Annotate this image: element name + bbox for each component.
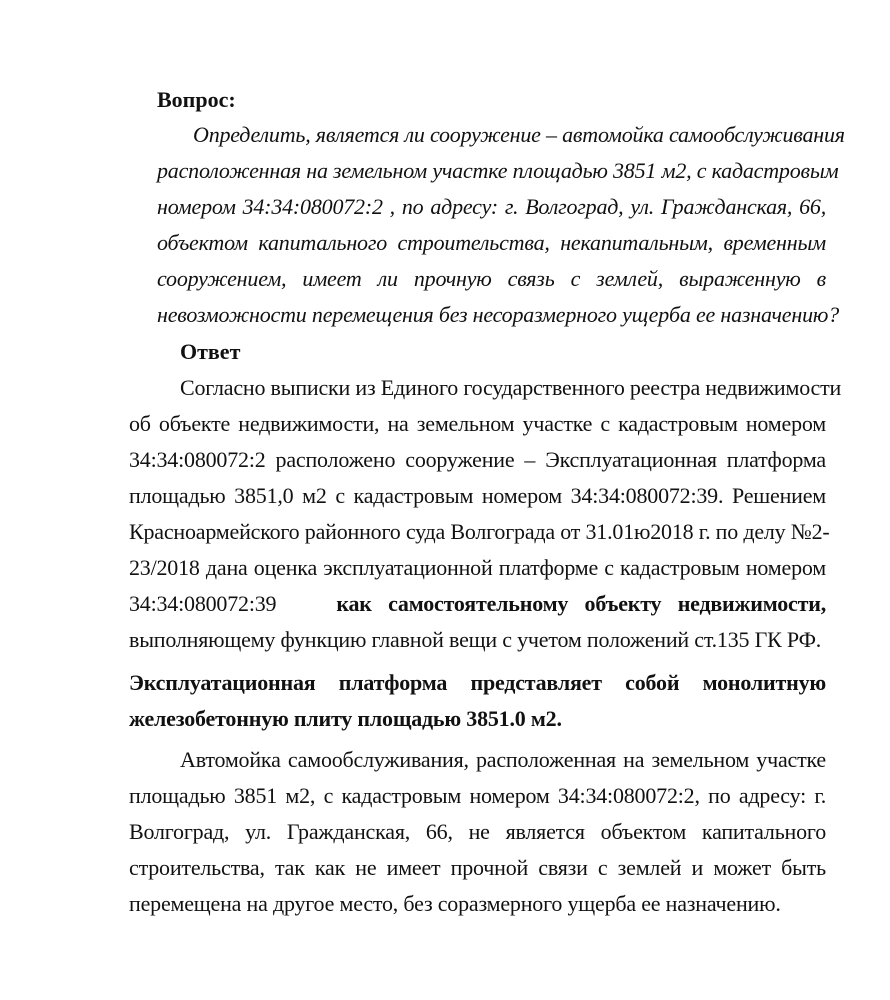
- question-line: невозможности перемещения без несоразмер…: [157, 301, 826, 329]
- answer-paragraph-3-line: Волгоград, ул. Гражданская, 66, не являе…: [129, 818, 826, 846]
- question-line: Определить, является ли сооружение – авт…: [193, 121, 826, 149]
- emphasis-independent-object: как самостоятельному объекту недвижимост…: [336, 590, 826, 618]
- question-heading: Вопрос:: [157, 86, 236, 114]
- answer-paragraph-3-line: Автомойка самообслуживания, расположенна…: [180, 746, 826, 774]
- answer-paragraph-1-line: 23/2018 дана оценка эксплуатационной пла…: [129, 554, 826, 582]
- answer-paragraph-2-line: железобетонную плиту площадью 3851.0 м2.: [129, 705, 826, 733]
- answer-paragraph-3-line: площадью 3851 м2, с кадастровым номером …: [129, 782, 826, 810]
- question-line: расположенная на земельном участке площа…: [157, 157, 826, 185]
- answer-heading: Ответ: [180, 338, 240, 366]
- answer-paragraph-1-line: Согласно выписки из Единого государствен…: [180, 374, 826, 402]
- answer-paragraph-1-line: 34:34:080072:2 расположено сооружение – …: [129, 446, 826, 474]
- answer-paragraph-1-line: 34:34:080072:39 как самостоятельному объ…: [129, 590, 826, 618]
- question-line: номером 34:34:080072:2 , по адресу: г. В…: [157, 193, 826, 221]
- answer-paragraph-2-line: Эксплуатационная платформа представляет …: [129, 669, 826, 697]
- document-page: Вопрос: Определить, является ли сооружен…: [0, 0, 890, 1000]
- question-line: сооружением, имеет ли прочную связь с зе…: [157, 265, 826, 293]
- question-line: объектом капитального строительства, нек…: [157, 229, 826, 257]
- answer-paragraph-3-line: перемещена на другое место, без соразмер…: [129, 890, 826, 918]
- answer-paragraph-1-line: площадью 3851,0 м2 с кадастровым номером…: [129, 482, 826, 510]
- answer-paragraph-1-line: Красноармейского районного суда Волгогра…: [129, 518, 826, 546]
- answer-paragraph-1-line: выполняющему функцию главной вещи с учет…: [129, 626, 826, 654]
- answer-paragraph-3-line: строительства, так как не имеет прочной …: [129, 854, 826, 882]
- cadastral-number: 34:34:080072:39: [129, 590, 276, 618]
- answer-paragraph-1-line: об объекте недвижимости, на земельном уч…: [129, 410, 826, 438]
